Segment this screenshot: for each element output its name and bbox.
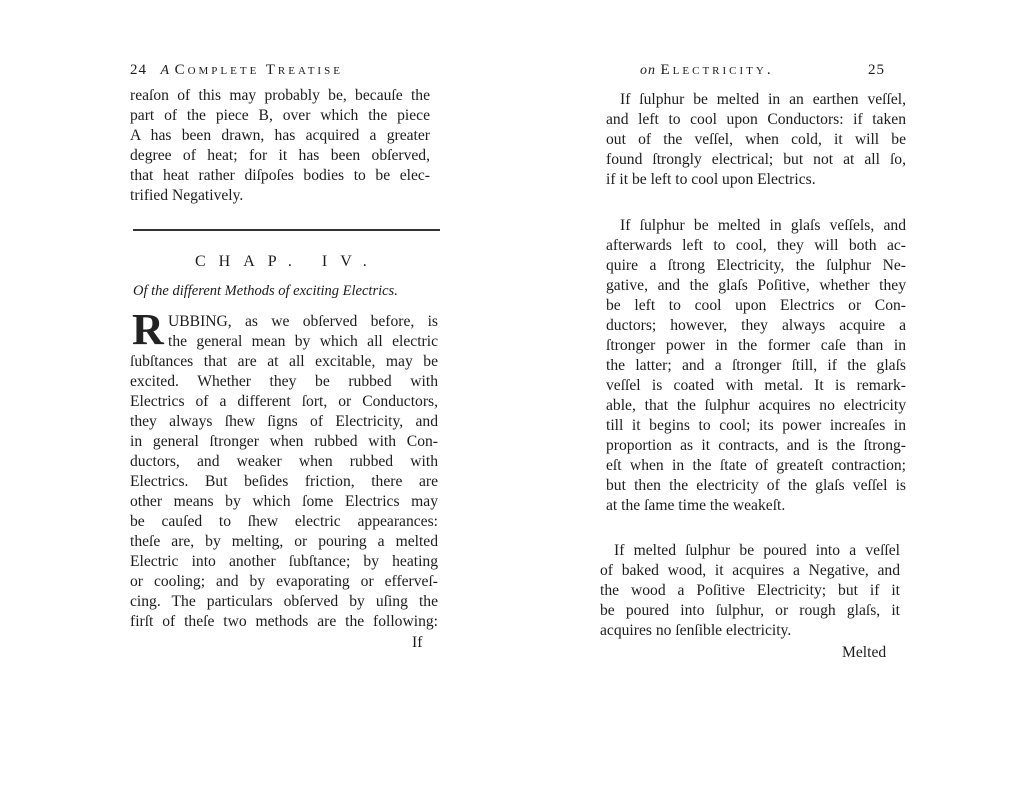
text-line: able, that the ſulphur acquires no elect… [606,396,906,416]
text-line: part of the piece B, over which the piec… [130,106,430,126]
chapter-divider-rule [133,229,440,231]
text-line: quire a ſtrong Electricity, the ſulphur … [606,256,906,276]
text-line: Electric into another ſubſtance; by heat… [130,552,438,572]
right-running-head: on Electricity. [640,62,774,79]
right-page-number: 25 [868,62,885,79]
text-line: A has been drawn, has acquired a greater [130,126,430,146]
text-line: be cauſed to ſhew electric appearances: [130,512,438,532]
text-line: acquires no ſenſible electricity. [600,621,900,641]
text-line: gative, and the glaſs Poſitive, whether … [606,276,906,296]
text-line: excited. Whether they be rubbed with [130,372,438,392]
text-line: the wood a Poſitive Electricity; but if … [600,581,900,601]
text-line: out of the veſſel, when cold, it will be [606,130,906,150]
chapter-subtitle: Of the different Methods of exciting Ele… [133,283,438,300]
text-line: but then the electricity of the glaſs ve… [606,476,906,496]
text-line: Electrics of a different ſort, or Conduc… [130,392,438,412]
running-head-title: Complete Treatise [175,62,343,78]
text-line: eſt when in the ſtate of greateſt contra… [606,456,906,476]
running-head-article: A [161,63,171,78]
text-line: UBBING, as we obſerved before, is [168,312,438,332]
text-line: firſt of theſe two methods are the follo… [130,612,438,632]
text-line: found ſtrongly electrical; but not at al… [606,150,906,170]
text-line: veſſel is coated with metal. It is remar… [606,376,906,396]
text-line: the general mean by which all electric [168,332,438,352]
text-line: afterwards left to cool, they will both … [606,236,906,256]
text-line: they always ſhew ſigns of Electricity, a… [130,412,438,432]
right-catchword: Melted [842,644,886,662]
text-line: trified Negatively. [130,186,430,206]
left-catchword: If [412,634,422,652]
text-line: be left to cool upon Electrics or Con- [606,296,906,316]
running-head-title: Electricity. [661,62,774,78]
text-line: be poured into ſulphur, or rough glaſs, … [600,601,900,621]
text-line: if it be left to cool upon Electrics. [606,170,906,190]
text-line: If ſulphur be melted in an earthen veſſe… [606,90,906,110]
text-line: If melted ſulphur be poured into a veſſe… [600,541,900,561]
text-line: till it begins to cool; its power increa… [606,416,906,436]
text-line: in general ſtronger when rubbed with Con… [130,432,438,452]
text-line: proportion as it contracts, and is the ſ… [606,436,906,456]
text-line: theſe are, by melting, or pouring a melt… [130,532,438,552]
text-line: ductors; however, they always acquire a [606,316,906,336]
text-line: Electrics. But beſides friction, there a… [130,472,438,492]
text-line: If ſulphur be melted in glaſs veſſels, a… [606,216,906,236]
text-line: ſubſtances that are at all excitable, ma… [130,352,438,372]
text-line: or cooling; and by evaporating or efferv… [130,572,438,592]
chapter-title: CHAP. IV. [195,253,380,271]
text-line: degree of heat; for it has been obſerved… [130,146,430,166]
text-line: ductors, and weaker when rubbed with [130,452,438,472]
page-number-text: 25 [868,62,885,78]
text-line: at the ſame time the weakeſt. [606,496,906,516]
left-page-number: 24 [130,62,147,78]
text-line: reaſon of this may probably be, becauſe … [130,86,430,106]
drop-cap: R [132,308,164,352]
text-line: that heat rather diſpoſes bodies to be e… [130,166,430,186]
text-line: and left to cool upon Conductors: if tak… [606,110,906,130]
left-running-head: 24 A Complete Treatise [130,62,343,79]
text-line: of baked wood, it acquires a Negative, a… [600,561,900,581]
text-line: the latter; and a ſtronger ſtill, if the… [606,356,906,376]
text-line: ſtronger power in the former caſe than i… [606,336,906,356]
text-line: cing. The particulars obſerved by uſing … [130,592,438,612]
text-line: other means by which ſome Electrics may [130,492,438,512]
running-head-preposition: on [640,63,656,78]
